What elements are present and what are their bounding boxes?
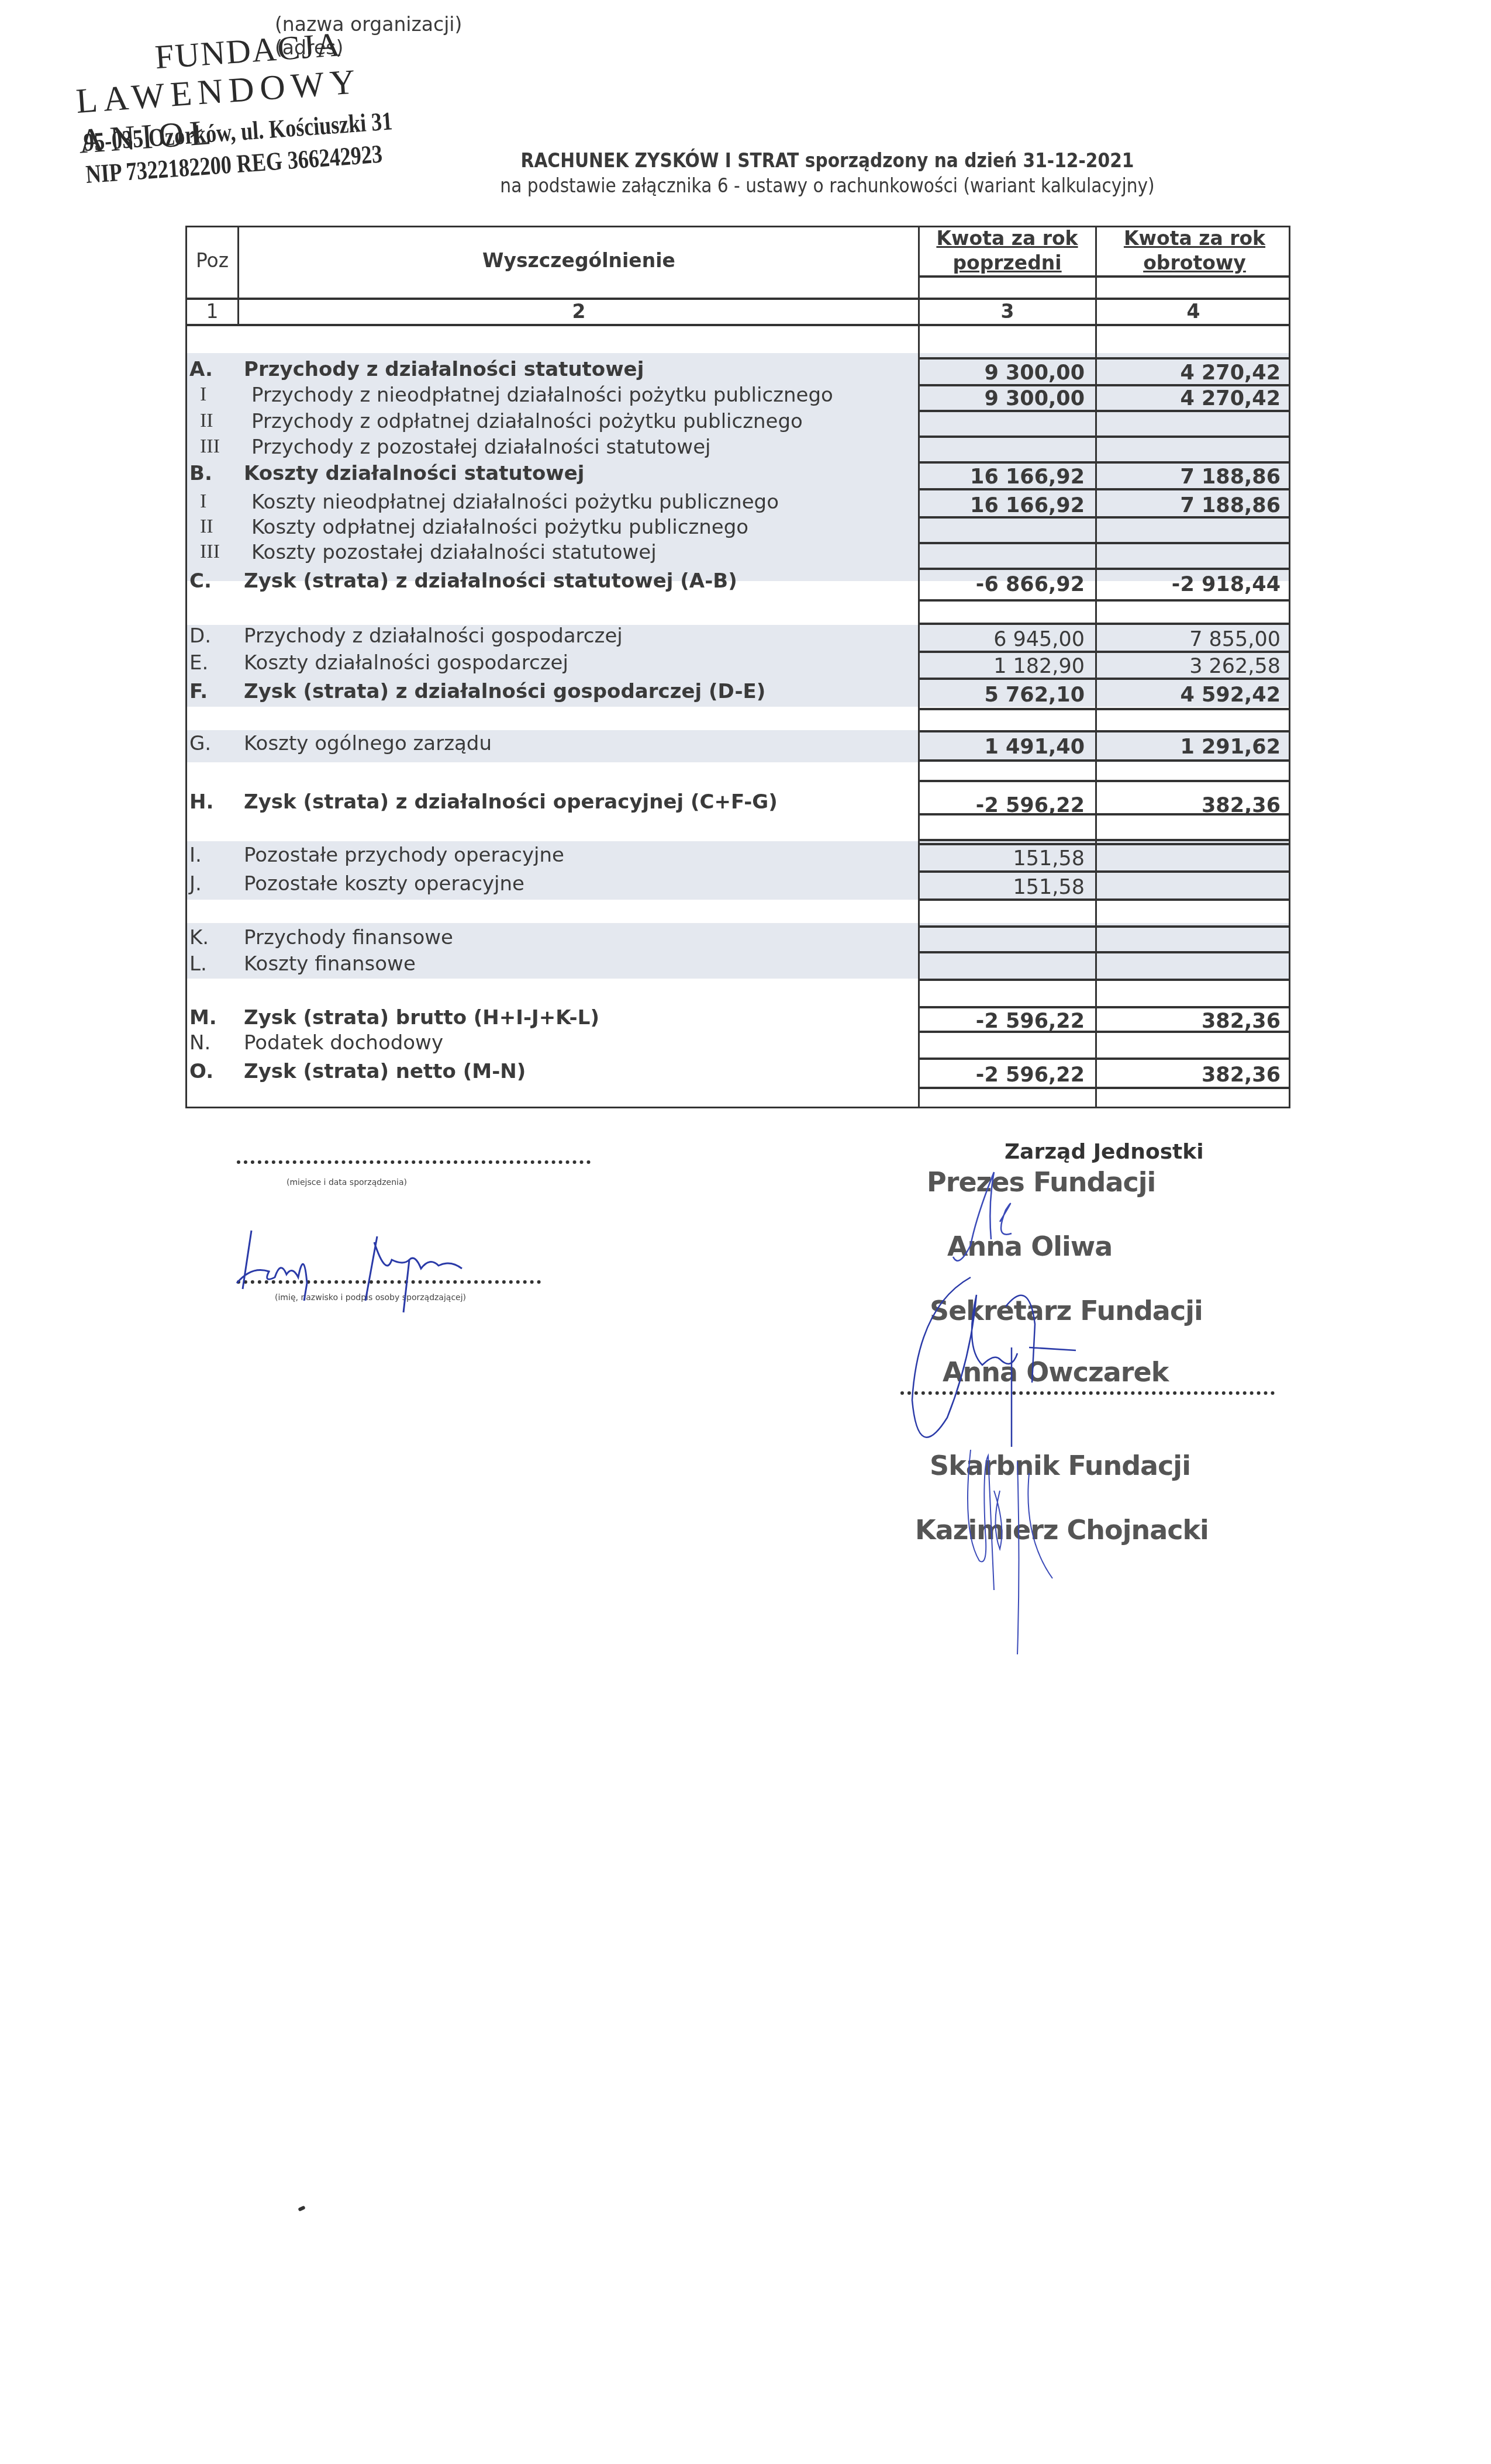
value-prev-year: -6 866,92 xyxy=(921,573,1085,596)
value-current-year: 7 188,86 xyxy=(1099,465,1281,489)
row-label: Zysk (strata) netto (M-N) xyxy=(244,1060,526,1083)
row-code: B. xyxy=(189,462,212,485)
colnum-2: 2 xyxy=(240,299,918,324)
value-prev-year: 16 166,92 xyxy=(921,465,1085,489)
row-label: Zysk (strata) z działalności statutowej … xyxy=(244,569,737,593)
scan-speck xyxy=(298,2206,305,2212)
value-prev-year: 151,58 xyxy=(921,876,1085,899)
value-current-year: 7 855,00 xyxy=(1099,628,1281,651)
value-current-year: 7 188,86 xyxy=(1099,494,1281,517)
row-label: Przychody z nieodpłatnej działalności po… xyxy=(251,383,833,407)
value-current-year: 1 291,62 xyxy=(1099,735,1281,759)
row-code: E. xyxy=(189,651,208,675)
page-subtitle: na podstawie załącznika 6 - ustawy o rac… xyxy=(164,174,1491,197)
colnum-4: 4 xyxy=(1097,299,1290,324)
value-prev-year: -2 596,22 xyxy=(921,1063,1085,1087)
header-description: Wyszczególnienie xyxy=(240,248,918,273)
row-code: C. xyxy=(189,569,212,593)
row-code: I. xyxy=(189,844,202,867)
value-prev-year: 151,58 xyxy=(921,847,1085,870)
row-code: D. xyxy=(189,624,211,648)
colnum-3: 3 xyxy=(920,299,1095,324)
profit-loss-table: Poz Wyszczególnienie Kwota za rok poprze… xyxy=(185,226,1290,1108)
row-code: L. xyxy=(189,952,207,976)
row-code: J. xyxy=(189,872,202,896)
value-current-year: 382,36 xyxy=(1099,1063,1281,1087)
row-code: H. xyxy=(189,790,213,814)
row-code: I xyxy=(200,383,206,406)
row-code: A. xyxy=(189,358,213,381)
row-label: Pozostałe przychody operacyjne xyxy=(244,844,564,867)
preparer-signature xyxy=(228,1225,520,1312)
value-current-year: 382,36 xyxy=(1099,1010,1281,1033)
row-code: M. xyxy=(189,1006,217,1029)
row-label: Koszty działalności gospodarczej xyxy=(244,651,568,675)
value-prev-year: 1 491,40 xyxy=(921,735,1085,759)
row-label: Zysk (strata) z działalności gospodarcze… xyxy=(244,680,765,703)
value-current-year: 4 270,42 xyxy=(1099,361,1281,385)
row-label: Koszty ogólnego zarządu xyxy=(244,732,492,755)
place-date-caption: (miejsce i data sporządzenia) xyxy=(287,1178,407,1187)
row-label: Przychody finansowe xyxy=(244,926,453,949)
row-code: F. xyxy=(189,680,208,703)
header-poz: Poz xyxy=(187,248,237,273)
value-prev-year: 9 300,00 xyxy=(921,361,1085,385)
row-code: G. xyxy=(189,732,211,755)
row-code: III xyxy=(200,541,220,563)
header-prev-year: Kwota za rok poprzedni xyxy=(933,226,1082,275)
board-title: Zarząd Jednostki xyxy=(1005,1140,1204,1164)
row-code: N. xyxy=(189,1031,210,1055)
header-current-year: Kwota za rok obrotowy xyxy=(1110,226,1279,275)
row-label: Pozostałe koszty operacyjne xyxy=(244,872,524,896)
place-date-line xyxy=(237,1160,591,1164)
row-code: III xyxy=(200,436,220,458)
document-title-block: RACHUNEK ZYSKÓW I STRAT sporządzony na d… xyxy=(0,149,1491,197)
row-code: K. xyxy=(189,926,209,949)
value-prev-year: -2 596,22 xyxy=(921,1010,1085,1033)
row-code: II xyxy=(200,410,213,432)
value-prev-year: 16 166,92 xyxy=(921,494,1085,517)
row-code: O. xyxy=(189,1060,213,1083)
row-code: I xyxy=(200,490,206,513)
row-label: Koszty działalności statutowej xyxy=(244,462,584,485)
page-title: RACHUNEK ZYSKÓW I STRAT sporządzony na d… xyxy=(164,149,1491,172)
value-current-year: 4 270,42 xyxy=(1099,387,1281,410)
row-label: Zysk (strata) brutto (H+I-J+K-L) xyxy=(244,1006,599,1029)
row-label: Koszty pozostałej działalności statutowe… xyxy=(251,541,657,564)
row-code: II xyxy=(200,516,213,538)
row-label: Koszty finansowe xyxy=(244,952,416,976)
row-label: Przychody z działalności gospodarczej xyxy=(244,624,623,648)
colnum-1: 1 xyxy=(187,299,237,324)
row-label: Przychody z pozostałej działalności stat… xyxy=(251,436,711,459)
row-label: Przychody z działalności statutowej xyxy=(244,358,644,381)
organization-stamp: FUNDACJA LAWENDOWY ANIOŁ 95-035 Ozorków,… xyxy=(64,0,495,169)
value-current-year: -2 918,44 xyxy=(1099,573,1281,596)
secretary-signature xyxy=(895,1271,1093,1464)
col-divider xyxy=(237,227,239,325)
row-label: Koszty odpłatnej działalności pożytku pu… xyxy=(251,516,748,539)
row-label: Przychody z odpłatnej działalności pożyt… xyxy=(251,410,803,433)
value-current-year: 3 262,58 xyxy=(1099,655,1281,678)
row-label: Podatek dochodowy xyxy=(244,1031,443,1055)
value-prev-year: 9 300,00 xyxy=(921,387,1085,410)
value-prev-year: -2 596,22 xyxy=(921,794,1085,817)
row-label: Koszty nieodpłatnej działalności pożytku… xyxy=(251,490,779,514)
value-current-year: 382,36 xyxy=(1099,794,1281,817)
value-prev-year: 5 762,10 xyxy=(921,683,1085,707)
president-signature xyxy=(936,1169,1088,1286)
row-label: Zysk (strata) z działalności operacyjnej… xyxy=(244,790,778,814)
value-prev-year: 1 182,90 xyxy=(921,655,1085,678)
treasurer-signature xyxy=(959,1444,1076,1666)
value-current-year: 4 592,42 xyxy=(1099,683,1281,707)
value-prev-year: 6 945,00 xyxy=(921,628,1085,651)
